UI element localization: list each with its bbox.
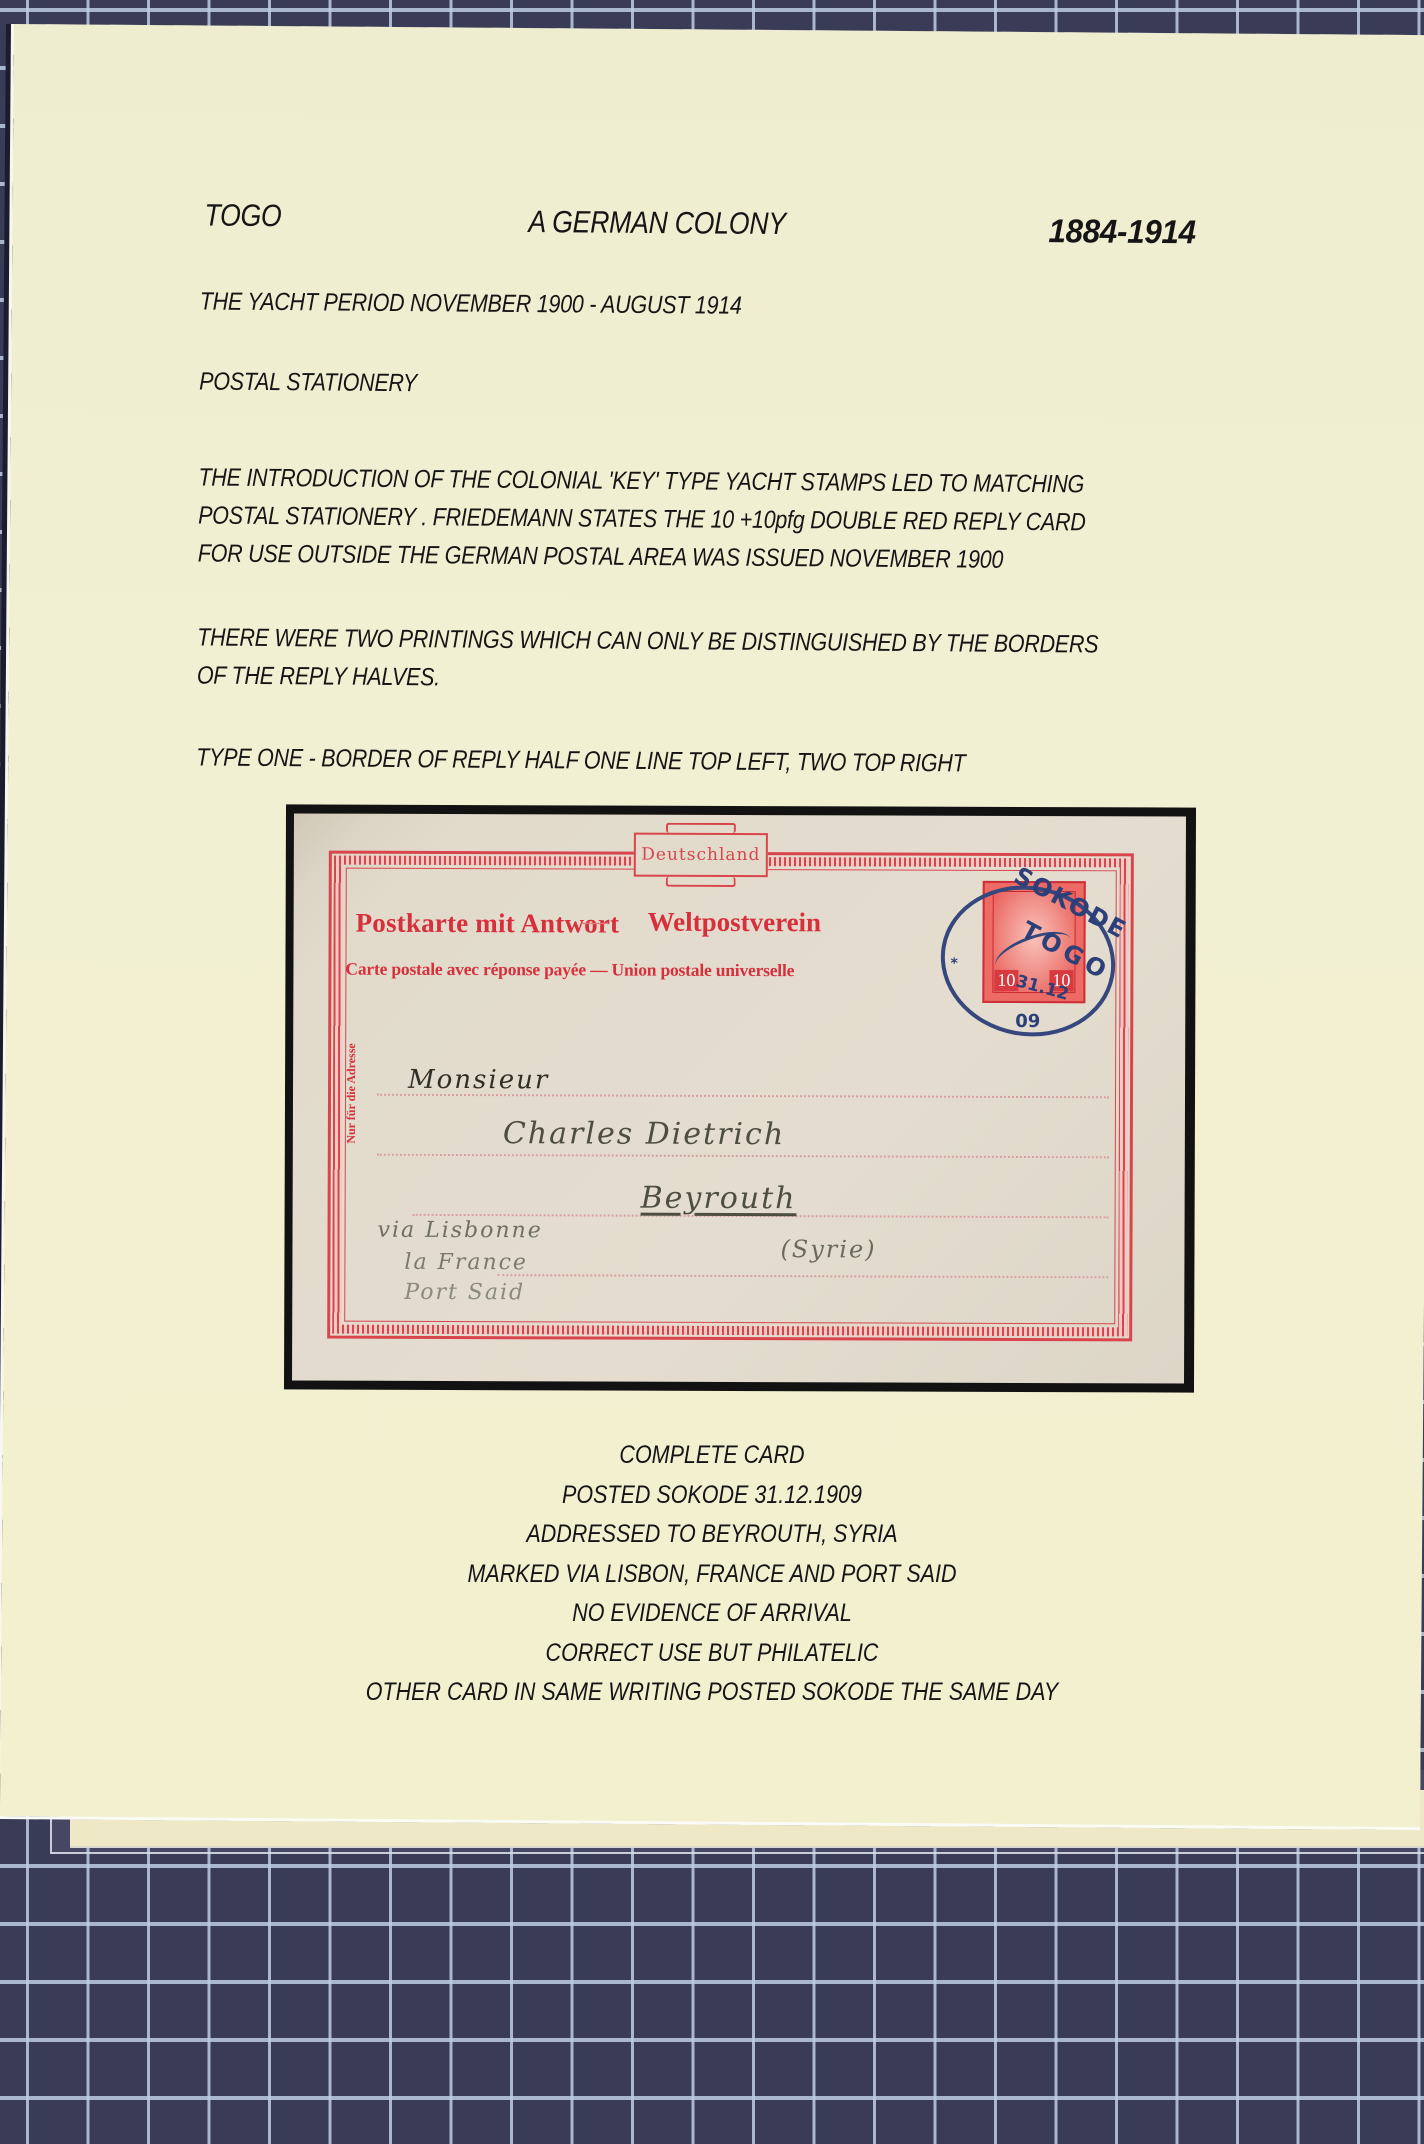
paragraph-line: THERE WERE TWO PRINTINGS WHICH CAN ONLY … (197, 623, 1098, 659)
caption-line: NO EVIDENCE OF ARRIVAL (100, 1594, 1325, 1634)
address-side-text: Nur für die Adresse (344, 1043, 359, 1143)
card-title-german: Postkarte mit Antwort (356, 908, 620, 940)
handwritten-routing: via Lisbonne (377, 1218, 542, 1244)
caption-line: MARKED VIA LISBON, FRANCE AND PORT SAID (100, 1555, 1325, 1595)
card-title-upu: Weltpostverein (648, 907, 822, 939)
card-title-dash: — (582, 906, 608, 936)
card-title-french: Carte postale avec réponse payée — Union… (345, 959, 794, 982)
caption-line: COMPLETE CARD (100, 1436, 1325, 1476)
handwritten-city: Beyrouth (641, 1181, 797, 1217)
section-title: POSTAL STATIONERY (199, 367, 417, 398)
paragraph-line: POSTAL STATIONERY . FRIEDEMANN STATES TH… (198, 501, 1086, 537)
period-line: THE YACHT PERIOD NOVEMBER 1900 - AUGUST … (200, 287, 742, 320)
handwritten-salutation: Monsieur (408, 1065, 549, 1095)
handwritten-name: Charles Dietrich (503, 1116, 785, 1152)
paragraph-line: OF THE REPLY HALVES. (197, 661, 440, 692)
postal-card: Deutschland Postkarte mit Antwort — Welt… (292, 813, 1186, 1383)
paragraph-line: TYPE ONE - BORDER OF REPLY HALF ONE LINE… (196, 743, 965, 778)
handwritten-country: (Syrie) (780, 1235, 876, 1263)
caption-line: OTHER CARD IN SAME WRITING POSTED SOKODE… (100, 1673, 1325, 1713)
caption-line: CORRECT USE BUT PHILATELIC (100, 1634, 1325, 1674)
paragraph-line: THE INTRODUCTION OF THE COLONIAL 'KEY' T… (198, 463, 1084, 499)
card-mount: Deutschland Postkarte mit Antwort — Welt… (284, 804, 1196, 1392)
header-subtitle: A GERMAN COLONY (528, 204, 786, 242)
caption-line: ADDRESSED TO BEYROUTH, SYRIA (100, 1515, 1325, 1555)
paragraph-line: FOR USE OUTSIDE THE GERMAN POSTAL AREA W… (198, 539, 1004, 574)
postmark-star-icon: * (950, 956, 957, 972)
caption-line: POSTED SOKODE 31.12.1909 (100, 1476, 1325, 1516)
cartouche-text: Deutschland (641, 845, 760, 865)
deutschland-cartouche: Deutschland (634, 833, 768, 877)
postmark-year: 09 (1015, 1011, 1040, 1032)
card-caption: COMPLETE CARD POSTED SOKODE 31.12.1909 A… (0, 1436, 1424, 1713)
header-years: 1884-1914 (1048, 212, 1196, 251)
header-country: TOGO (204, 198, 281, 235)
handwritten-routing: la France (404, 1250, 528, 1275)
handwritten-routing: Port Said (404, 1280, 525, 1305)
